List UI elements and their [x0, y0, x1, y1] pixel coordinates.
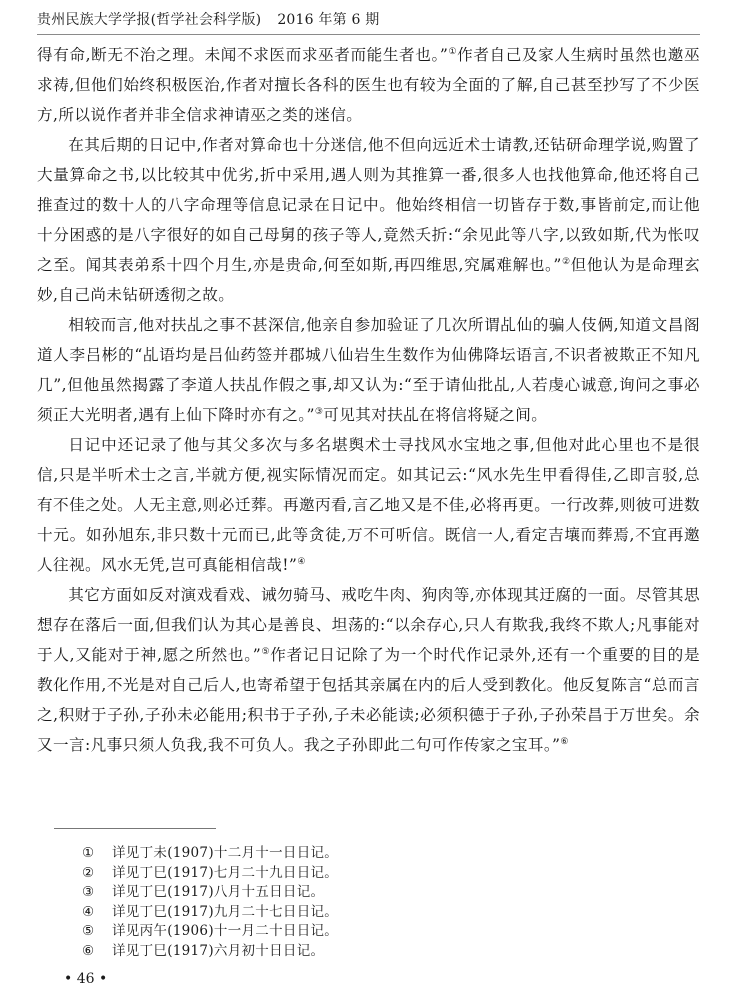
footnote-mark: ③	[82, 883, 112, 903]
footnote-text: 详见丁未(1907)十二月十一日日记。	[112, 844, 338, 864]
footnote-ref[interactable]: ⑥	[560, 737, 568, 747]
paragraph: 得有命,断无不治之理。未闻不求医而求巫者而能生者也。”①作者自己及家人生病时虽然…	[37, 40, 700, 130]
footnote-item: ④详见丁巳(1917)九月二十七日日记。	[82, 903, 602, 923]
footnote-text: 详见丁巳(1917)七月二十九日日记。	[112, 864, 338, 884]
footnote-text: 详见丁巳(1917)六月初十日日记。	[112, 942, 324, 962]
journal-title: 贵州民族大学学报(哲学社会科学版)	[37, 12, 261, 28]
footnote-divider	[54, 828, 216, 829]
paragraph: 日记中还记录了他与其父多次与多名堪舆术士寻找风水宝地之事,但他对此心里也不是很信…	[37, 430, 700, 580]
footnote-text: 详见丙午(1906)十一月二十日日记。	[112, 922, 338, 942]
footnote-text: 详见丁巳(1917)八月十五日日记。	[112, 883, 324, 903]
running-header: 贵州民族大学学报(哲学社会科学版)2016 年第 6 期	[37, 8, 700, 35]
paragraph-text: 日记中还记录了他与其父多次与多名堪舆术士寻找风水宝地之事,但他对此心里也不是很信…	[37, 436, 700, 574]
footnote-text: 详见丁巳(1917)九月二十七日日记。	[112, 903, 338, 923]
footnote-mark: ⑤	[82, 922, 112, 942]
footnote-ref[interactable]: ①	[448, 47, 457, 57]
footnote-mark: ④	[82, 903, 112, 923]
paragraph: 其它方面如反对演戏看戏、诫勿骑马、戒吃牛肉、狗肉等,亦体现其迂腐的一面。尽管其思…	[37, 580, 700, 760]
footnote-item: ⑤详见丙午(1906)十一月二十日日记。	[82, 922, 602, 942]
footnote-item: ①详见丁未(1907)十二月十一日日记。	[82, 844, 602, 864]
footnote-item: ②详见丁巳(1917)七月二十九日日记。	[82, 864, 602, 884]
paragraph-text: 得有命,断无不治之理。未闻不求医而求巫者而能生者也。”	[37, 46, 448, 64]
footnotes-list: ①详见丁未(1907)十二月十一日日记。②详见丁巳(1917)七月二十九日日记。…	[82, 844, 602, 961]
footnote-ref[interactable]: ②	[562, 257, 571, 267]
footnote-item: ③详见丁巳(1917)八月十五日日记。	[82, 883, 602, 903]
footnote-ref[interactable]: ⑤	[261, 647, 270, 657]
issue-label: 2016 年第 6 期	[277, 12, 379, 28]
footnote-mark: ②	[82, 864, 112, 884]
footnote-mark: ①	[82, 844, 112, 864]
footnote-item: ⑥详见丁巳(1917)六月初十日日记。	[82, 942, 602, 962]
article-body: 得有命,断无不治之理。未闻不求医而求巫者而能生者也。”①作者自己及家人生病时虽然…	[37, 40, 700, 760]
page-number: • 46 •	[64, 969, 107, 989]
footnote-mark: ⑥	[82, 942, 112, 962]
footnote-ref[interactable]: ④	[297, 557, 305, 567]
paragraph-text: 可见其对扶乩在将信将疑之间。	[323, 406, 547, 424]
paragraph: 在其后期的日记中,作者对算命也十分迷信,他不但向远近术士请教,还钻研命理学说,购…	[37, 130, 700, 310]
paragraph-text: 在其后期的日记中,作者对算命也十分迷信,他不但向远近术士请教,还钻研命理学说,购…	[37, 136, 700, 274]
paragraph: 相较而言,他对扶乩之事不甚深信,他亲自参加验证了几次所谓乩仙的骗人伎俩,知道文昌…	[37, 310, 700, 430]
